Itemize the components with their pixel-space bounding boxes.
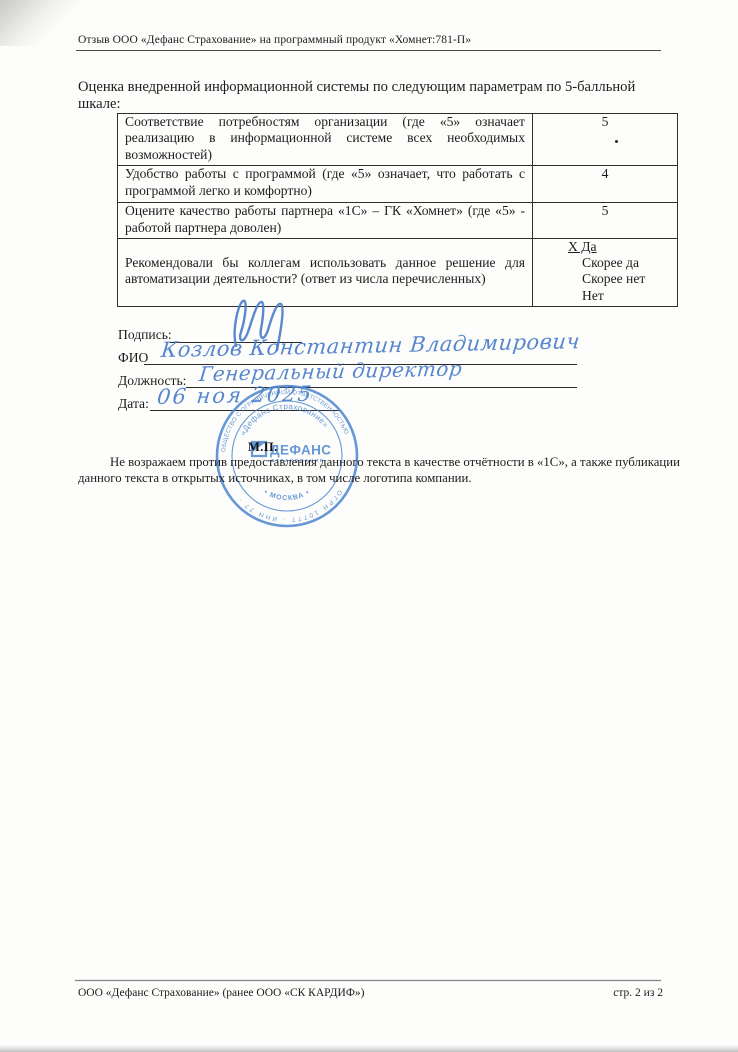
score-cell: 5	[533, 203, 678, 239]
rating-table: Соответствие потребностям организации (г…	[117, 113, 678, 307]
mp-seal-label: М.П.	[248, 440, 278, 455]
scan-artifact-dot	[615, 140, 618, 143]
score-value: 5	[602, 114, 609, 129]
criterion-cell: Рекомендовали бы коллегам использовать д…	[118, 239, 533, 307]
stamp-city-text: • МОСКВА •	[263, 489, 312, 502]
score-value: 4	[602, 166, 609, 181]
document-running-header: Отзыв ООО «Дефанс Страхование» на програ…	[78, 34, 662, 46]
answer-options-cell: Х Да Скорее да Скорее нет Нет	[533, 239, 678, 307]
consent-paragraph: Не возражаем против предоставления данно…	[78, 455, 682, 486]
option-rather-no: Скорее нет	[582, 271, 670, 287]
option-no: Нет	[582, 288, 670, 304]
table-row: Соответствие потребностям организации (г…	[118, 114, 678, 166]
score-value: 5	[602, 203, 609, 218]
footer-page-number: стр. 2 из 2	[560, 987, 663, 999]
table-row: Оцените качество работы партнера «1С» – …	[118, 203, 678, 239]
option-selected-yes: Х Да	[568, 239, 670, 255]
document-title: Оценка внедренной информационной системы…	[78, 79, 668, 113]
criterion-cell: Соответствие потребностям организации (г…	[118, 114, 533, 166]
scanned-document-page: Отзыв ООО «Дефанс Страхование» на програ…	[0, 0, 738, 1052]
criterion-cell: Оцените качество работы партнера «1С» – …	[118, 203, 533, 239]
criterion-cell: Удобство работы с программой (где «5» оз…	[118, 166, 533, 203]
option-rather-yes: Скорее да	[582, 255, 670, 271]
score-cell: 4	[533, 166, 678, 203]
header-rule	[76, 50, 661, 51]
scan-bottom-edge	[0, 1045, 738, 1052]
score-cell: 5	[533, 114, 678, 166]
date-label: Дата:	[118, 396, 149, 412]
table-row: Удобство работы с программой (где «5» оз…	[118, 166, 678, 203]
footer-company: ООО «Дефанс Страхование» (ранее ООО «СК …	[78, 987, 364, 999]
table-row: Рекомендовали бы коллегам использовать д…	[118, 239, 678, 307]
footer-rule	[75, 980, 661, 981]
scan-corner-shadow	[0, 0, 78, 46]
